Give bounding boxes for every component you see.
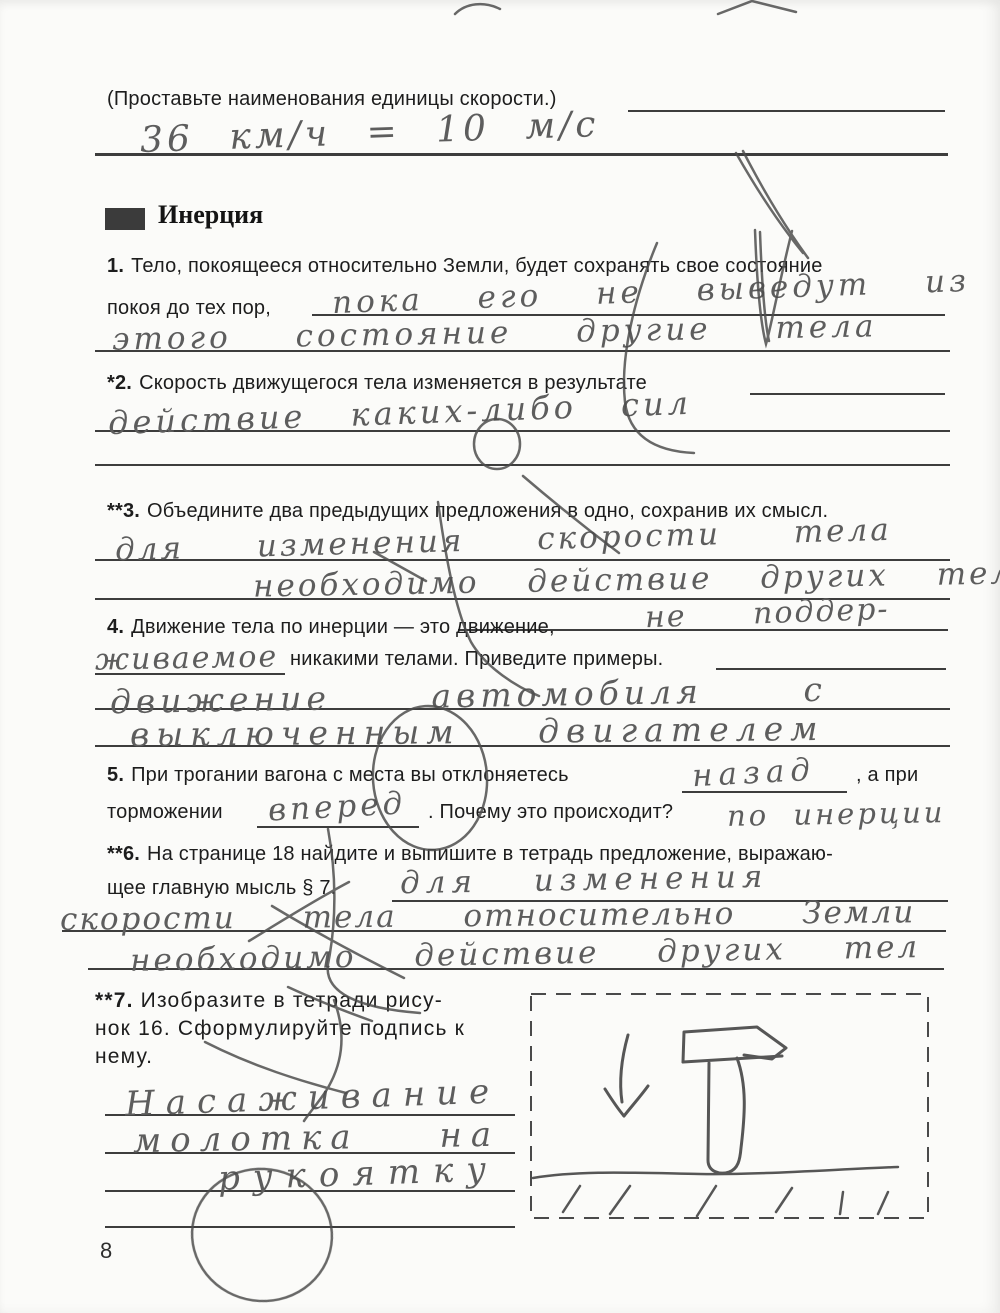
q4-text1: Движение тела по инерции — это движение, <box>131 616 555 638</box>
workbook-page: (Проставьте наименования единицы скорост… <box>0 0 1000 1313</box>
answer-line <box>105 1226 515 1228</box>
section-title: Инерция <box>158 200 263 230</box>
ground-sketch <box>533 1167 898 1216</box>
q1-number: 1. <box>107 255 124 277</box>
figure-frame <box>531 994 928 1218</box>
answer-line <box>716 668 946 670</box>
hw-q6-answer1: для изменения <box>400 859 769 901</box>
hw-q5-answer3: по инерции <box>727 795 946 833</box>
section-square-marker <box>105 208 145 230</box>
q7-text-row1: **7.Изобразите в тетради рису- <box>95 989 443 1013</box>
q1-text-row2: покоя до тех пор, <box>107 297 271 320</box>
q4-text-row1: 4.Движение тела по инерции — это движени… <box>107 616 555 639</box>
q5-text2: , а при <box>856 764 918 787</box>
hw-q5-answer2: вперед <box>267 785 407 828</box>
q4-number: 4. <box>107 616 124 638</box>
q5-text-row1: 5.При трогании вагона с места вы отклоня… <box>107 764 569 787</box>
q5-text4: . Почему это происходит? <box>428 801 673 824</box>
hw-q4-wrap2: живаемое <box>95 639 279 677</box>
answer-line <box>95 464 950 466</box>
answer-line <box>750 393 945 395</box>
q5-number: 5. <box>107 764 124 786</box>
q5-text1: При трогании вагона с места вы отклоняет… <box>131 764 569 786</box>
q6-number: **6. <box>107 843 140 865</box>
q2-number: *2. <box>107 372 132 394</box>
q7-text-row3: нему. <box>95 1045 153 1069</box>
down-arrow-sketch <box>605 1035 648 1116</box>
page-number: 8 <box>100 1238 112 1264</box>
q6-text-row2: щее главную мысль § 7. <box>107 877 336 900</box>
q3-number: **3. <box>107 500 140 522</box>
hw-q4-answer2: выключенным двигателем <box>130 709 825 754</box>
q7-text-row2: нок 16. Сформулируйте подпись к <box>95 1017 465 1041</box>
q7-number: **7. <box>95 989 134 1012</box>
answer-line <box>628 110 945 112</box>
hw-q6-answer3: необходимо действие других тел <box>130 929 921 979</box>
q7-line1: Изобразите в тетради рису- <box>141 989 443 1012</box>
q5-text3: торможении <box>107 801 223 824</box>
hammer-sketch <box>683 1027 786 1173</box>
hw-q5-answer1: назад <box>691 752 817 794</box>
q4-text-row2: никакими телами. Приведите примеры. <box>290 648 663 671</box>
